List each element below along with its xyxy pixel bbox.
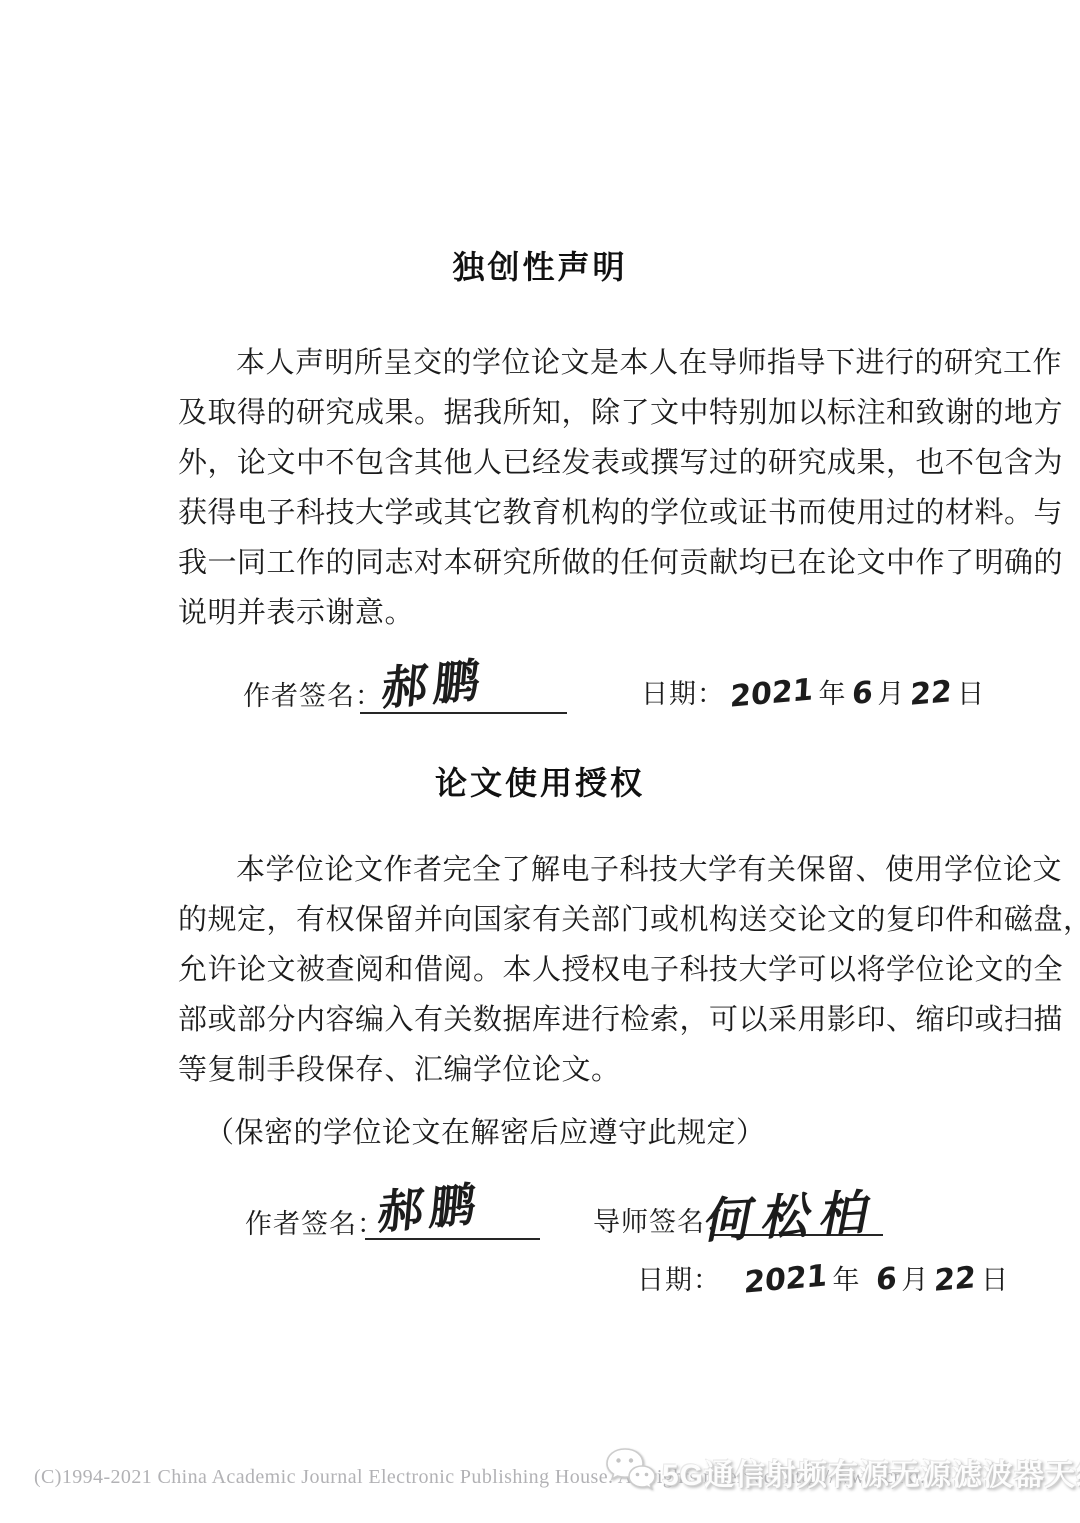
declaration-paragraph: 本人声明所呈交的学位论文是本人在导师指导下进行的研究工作 及取得的研究成果。据我… — [178, 338, 918, 638]
authorization-paragraph: 本学位论文作者完全了解电子科技大学有关保留、使用学位论文 的规定，有权保留并向国… — [178, 845, 918, 1095]
date-year-handwriting: 2021 — [743, 1258, 828, 1301]
author-signature-label: 作者签名： — [243, 674, 383, 713]
authorization-date-row: 日期： 2021 年 6 月 22 日 — [637, 1258, 1009, 1297]
author-signature-label: 作者签名： — [245, 1202, 385, 1241]
declaration-line: 获得电子科技大学或其它教育机构的学位或证书而使用过的材料。与 — [178, 488, 918, 538]
date-year-unit: 年 — [819, 672, 847, 711]
authorization-line: 的规定，有权保留并向国家有关部门或机构送交论文的复印件和磁盘， — [178, 895, 918, 945]
supervisor-signature-handwriting: 何松柏 — [699, 1173, 886, 1252]
declaration-line: 我一同工作的同志对本研究所做的任何贡献均已在论文中作了明确的 — [178, 538, 918, 588]
declaration-line: 本人声明所呈交的学位论文是本人在导师指导下进行的研究工作 — [178, 338, 918, 388]
date-day-unit: 日 — [981, 1258, 1009, 1297]
authorization-line: 部或部分内容编入有关数据库进行检索，可以采用影印、缩印或扫描 — [178, 995, 918, 1045]
date-month-unit: 月 — [901, 1258, 929, 1297]
declaration-line: 外，论文中不包含其他人已经发表或撰写过的研究成果，也不包含为 — [178, 438, 918, 488]
date-month-handwriting: 6 — [851, 675, 874, 712]
wechat-icon — [604, 1446, 656, 1497]
authorization-title: 论文使用授权 — [0, 758, 1080, 804]
authorization-line: 等复制手段保存、汇编学位论文。 — [178, 1045, 918, 1095]
confidential-note: （保密的学位论文在解密后应遵守此规定） — [205, 1110, 766, 1151]
declaration-line: 说明并表示谢意。 — [178, 588, 918, 638]
scanned-thesis-declaration-page: 独创性声明 本人声明所呈交的学位论文是本人在导师指导下进行的研究工作 及取得的研… — [0, 0, 1080, 1523]
date-year-handwriting: 2021 — [729, 672, 814, 715]
date-month-handwriting: 6 — [875, 1261, 898, 1298]
date-day-unit: 日 — [957, 672, 985, 711]
date-label: 日期： — [641, 672, 725, 711]
date-year-unit: 年 — [833, 1258, 861, 1297]
author-signature-handwriting: 郝鹏 — [379, 643, 488, 719]
declaration-title: 独创性声明 — [0, 242, 1080, 288]
declaration-date-row: 日期： 2021 年 6 月 22 日 — [641, 672, 985, 711]
date-day-handwriting: 22 — [910, 674, 953, 713]
declaration-line: 及取得的研究成果。据我所知，除了文中特别加以标注和致谢的地方 — [178, 388, 918, 438]
date-day-handwriting: 22 — [934, 1260, 977, 1299]
authorization-line: 本学位论文作者完全了解电子科技大学有关保留、使用学位论文 — [178, 845, 918, 895]
watermark-text: 5G通信射频有源无源滤波器天线 — [662, 1450, 1080, 1494]
watermark: 5G通信射频有源无源滤波器天线 — [604, 1446, 1080, 1497]
date-month-unit: 月 — [877, 672, 905, 711]
author-signature-handwriting: 郝鹏 — [375, 1167, 484, 1243]
date-label: 日期： — [637, 1258, 721, 1297]
authorization-line: 允许论文被查阅和借阅。本人授权电子科技大学可以将学位论文的全 — [178, 945, 918, 995]
